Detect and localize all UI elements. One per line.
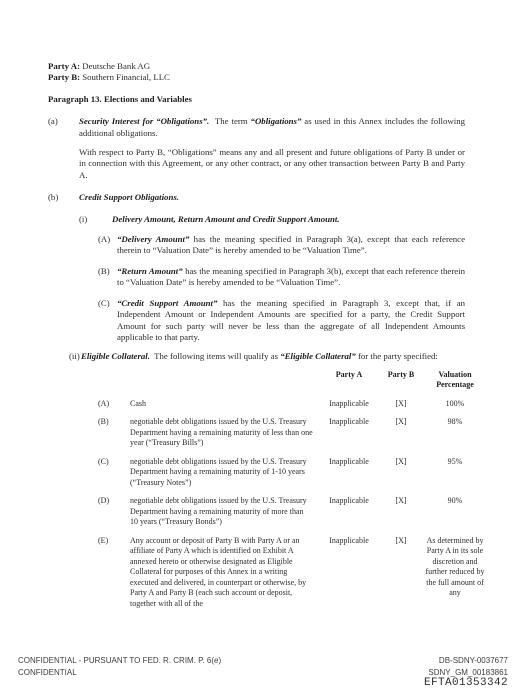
footer-confidential-block: CONFIDENTIAL - PURSUANT TO FED. R. CRIM.… [18,655,221,689]
footer-confidential-line-2: CONFIDENTIAL [18,667,221,679]
table-cell-party-a: Inapplicable [319,417,379,449]
table-row: (C) negotiable debt obligations issued b… [48,457,465,489]
table-cell-label: (D) [98,496,130,528]
header-spacer [98,370,130,391]
table-cell-valuation: As determined by Party A in its sole dis… [423,536,487,610]
table-cell-valuation: 95% [423,457,487,489]
section-a-heading: Security Interest for “Obligations”. The… [79,116,465,139]
party-b-name: Southern Financial, LLC [82,72,170,82]
clause-B-text: “Return Amount” has the meaning specifie… [117,266,465,289]
page-footer: CONFIDENTIAL - PURSUANT TO FED. R. CRIM.… [18,655,508,689]
clause-A-label: (A) [98,234,117,257]
table-cell-party-b: [X] [385,399,417,410]
clause-A-text: “Delivery Amount” has the meaning specif… [117,234,465,257]
clause-C: (C) “Credit Support Amount” has the mean… [98,298,465,344]
efta-stamp: EFTA01353342 [424,678,508,689]
clause-B-label: (B) [98,266,117,289]
party-a-line: Party A: Deutsche Bank AG [48,61,465,72]
party-b-label: Party B: [48,72,80,82]
table-cell-label: (B) [98,417,130,449]
table-row: (E) Any account or deposit of Party B wi… [48,536,465,610]
section-b: (b) Credit Support Obligations. [48,192,465,203]
collateral-table: . Party A Party B Valuation Percentage (… [48,370,465,610]
scanned-document-page: Party A: Deutsche Bank AG Party B: South… [0,0,512,699]
subsection-ii-label: (ii) [69,351,81,362]
clause-A: (A) “Delivery Amount” has the meaning sp… [98,234,465,257]
clause-C-text: “Credit Support Amount” has the meaning … [117,298,465,344]
table-cell-valuation: 100% [423,399,487,410]
table-cell-label: (C) [98,457,130,489]
table-cell-party-b: [X] [385,496,417,528]
table-row: (B) negotiable debt obligations issued b… [48,417,465,449]
table-header-row: . Party A Party B Valuation Percentage [48,370,465,391]
bates-number-1: DB-SDNY-0037677 [424,655,508,667]
clause-B: (B) “Return Amount” has the meaning spec… [98,266,465,289]
table-cell-description: Any account or deposit of Party B with P… [130,536,313,610]
document-body: Party A: Deutsche Bank AG Party B: South… [48,61,465,609]
table-cell-label: (A) [98,399,130,410]
table-cell-party-b: [X] [385,536,417,610]
table-row: (A) Cash Inapplicable [X] 100% [48,399,465,410]
party-a-name: Deutsche Bank AG [82,61,150,71]
table-cell-description: Cash [130,399,313,410]
section-b-heading: Credit Support Obligations. [79,192,465,203]
section-a-paragraph: With respect to Party B, “Obligations” m… [79,147,465,181]
subsection-i: (i) Delivery Amount, Return Amount and C… [79,214,465,225]
party-a-label: Party A: [48,61,80,71]
subsection-ii-text: Eligible Collateral. The following items… [81,351,465,362]
table-cell-party-b: [X] [385,417,417,449]
header-party-b: Party B [385,370,417,391]
table-cell-description: negotiable debt obligations issued by th… [130,417,313,449]
table-cell-party-a: Inapplicable [319,496,379,528]
table-cell-label: (E) [98,536,130,610]
clause-C-label: (C) [98,298,117,344]
footer-confidential-line-1: CONFIDENTIAL - PURSUANT TO FED. R. CRIM.… [18,655,221,667]
section-a-label: (a) [48,116,79,139]
table-cell-valuation: 98% [423,417,487,449]
header-valuation-percentage: Valuation Percentage [423,370,487,391]
table-cell-party-a: Inapplicable [319,399,379,410]
table-cell-description: negotiable debt obligations issued by th… [130,457,313,489]
table-cell-party-a: Inapplicable [319,457,379,489]
subsection-i-heading: Delivery Amount, Return Amount and Credi… [112,214,340,225]
footer-bates-block: DB-SDNY-0037677 SDNY_GM_00183861 EFTA013… [424,655,508,689]
section-a: (a) Security Interest for “Obligations”.… [48,116,465,139]
paragraph-13-title: Paragraph 13. Elections and Variables [48,94,465,105]
table-cell-description: negotiable debt obligations issued by th… [130,496,313,528]
subsection-ii: (ii) Eligible Collateral. The following … [69,351,465,362]
table-body: (A) Cash Inapplicable [X] 100% (B) negot… [48,399,465,610]
party-b-line: Party B: Southern Financial, LLC [48,72,465,83]
table-cell-party-b: [X] [385,457,417,489]
header-party-a: Party A [319,370,379,391]
table-cell-valuation: 90% [423,496,487,528]
table-row: (D) negotiable debt obligations issued b… [48,496,465,528]
table-cell-party-a: Inapplicable [319,536,379,610]
subsection-i-label: (i) [79,214,112,225]
section-b-label: (b) [48,192,79,203]
